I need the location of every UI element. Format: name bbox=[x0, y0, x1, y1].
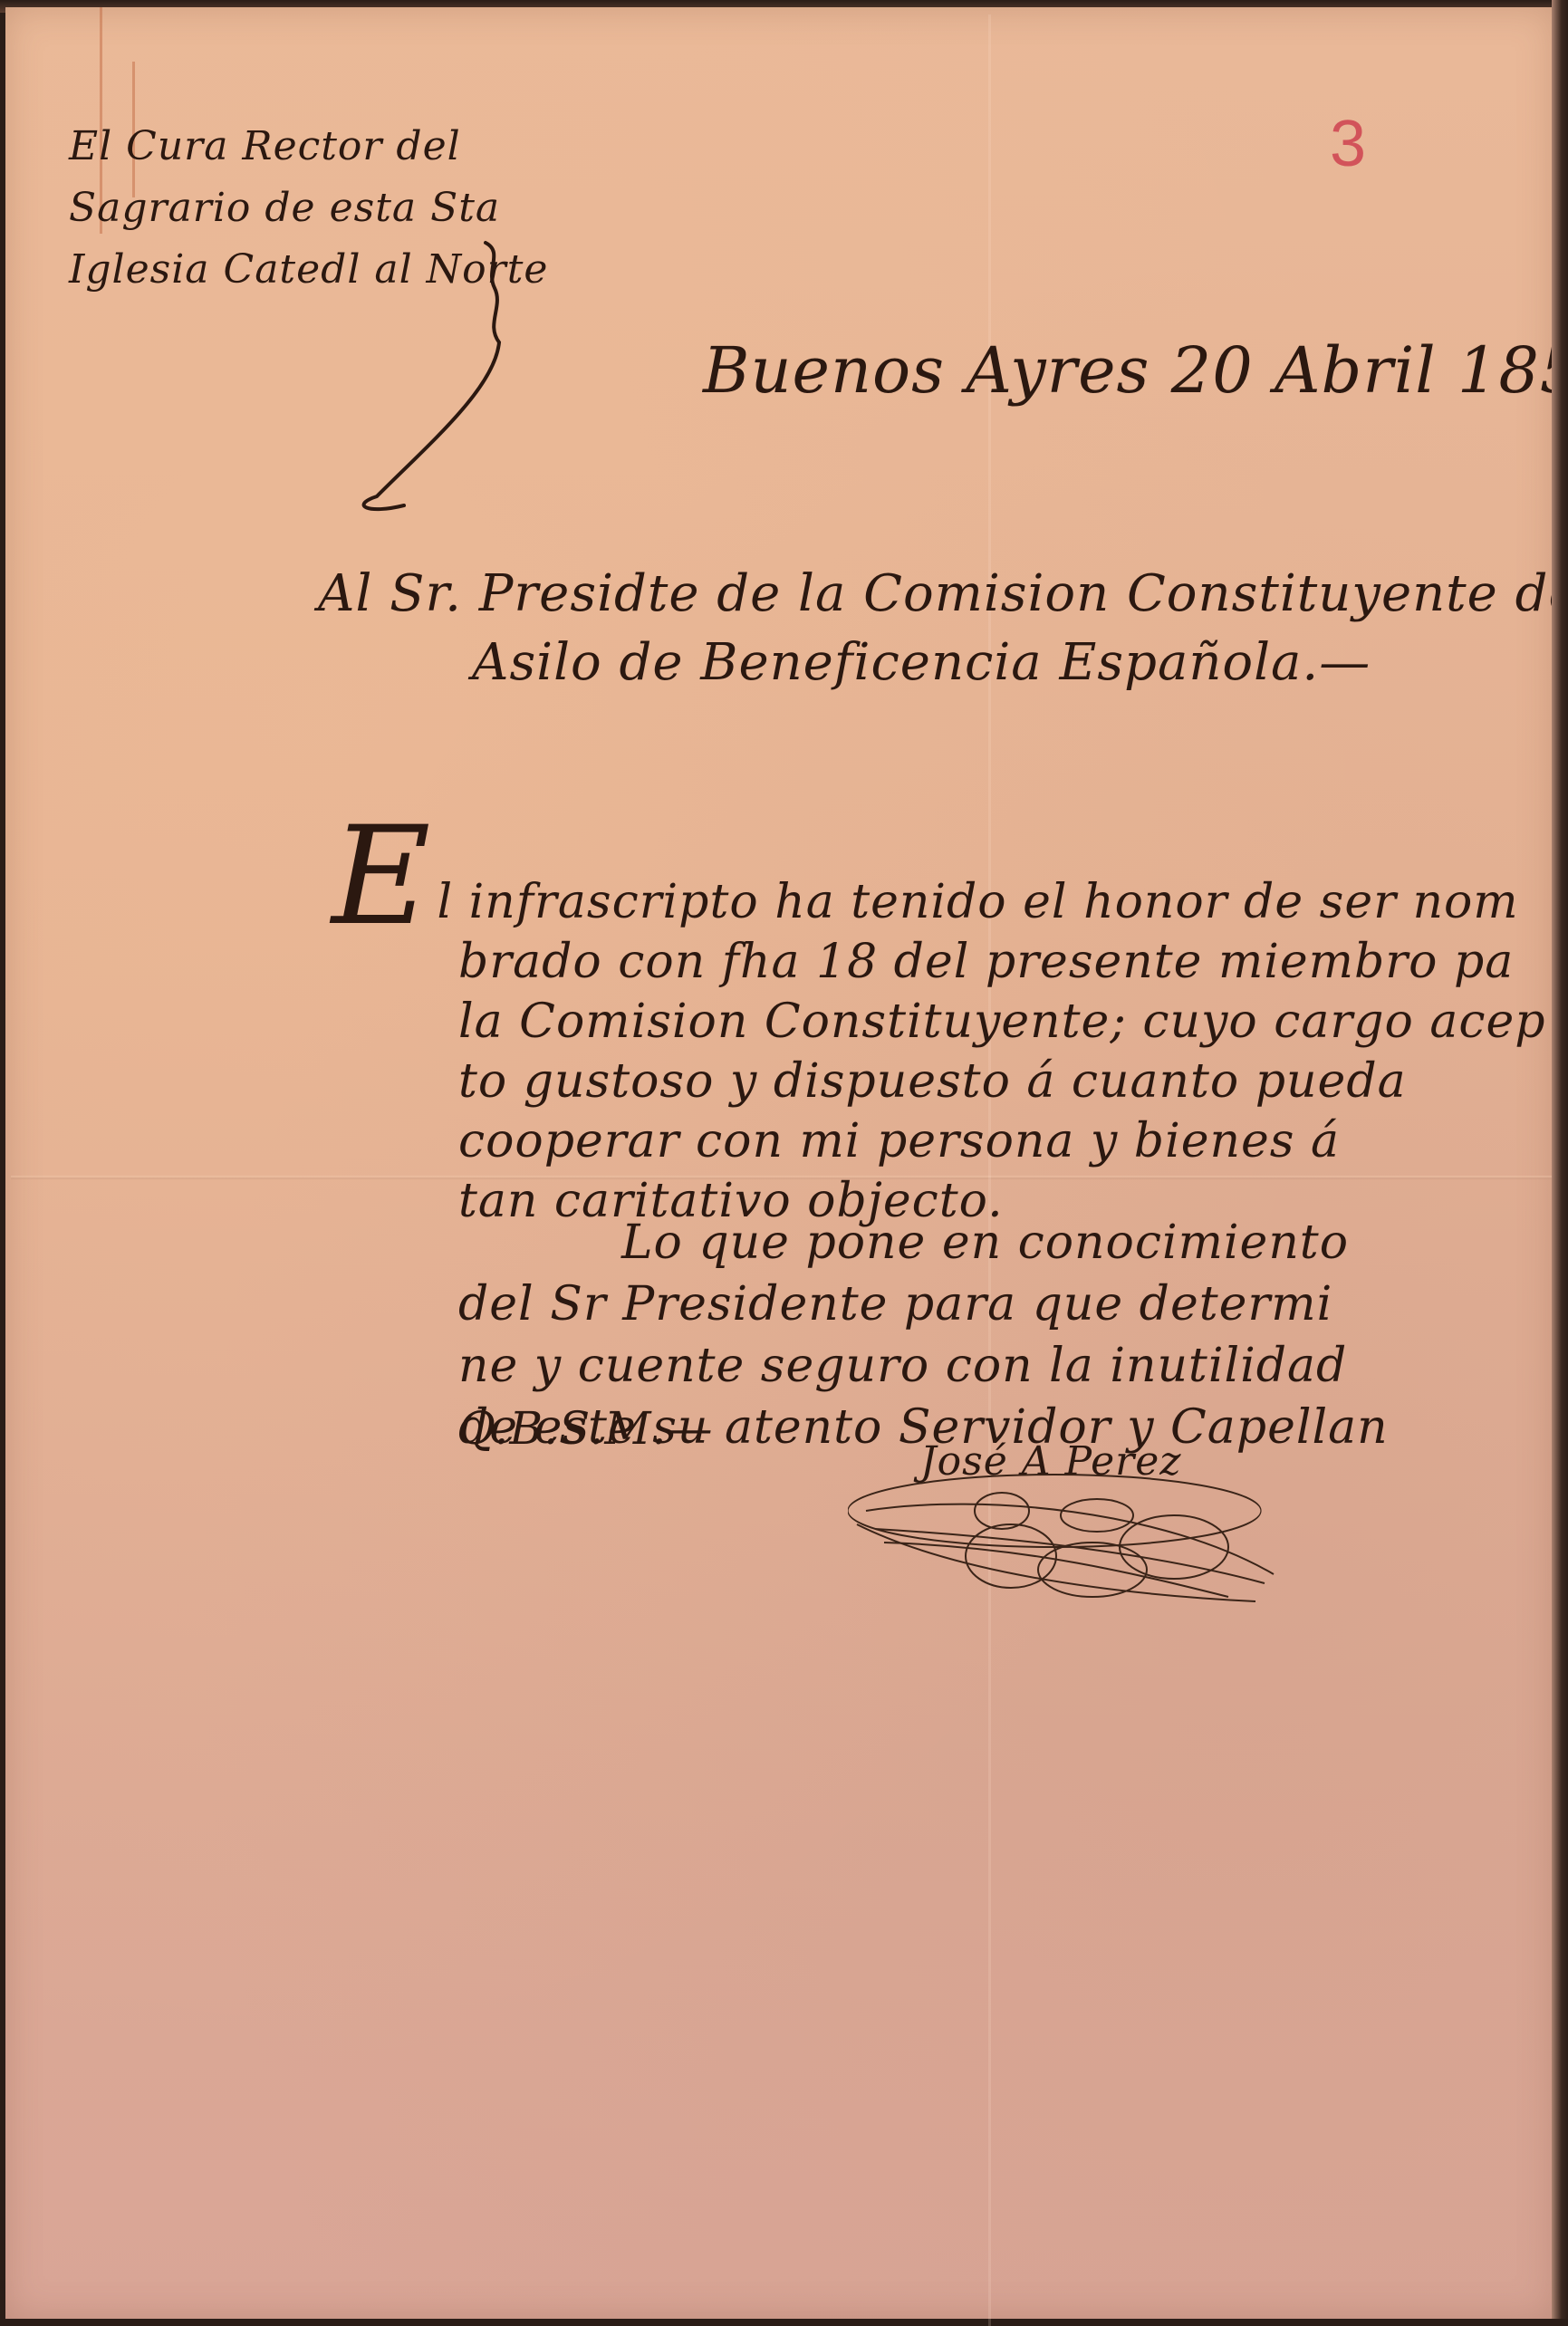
scan-right-edge bbox=[1552, 0, 1568, 2319]
addressee-line: Asilo de Beneficencia Española.— bbox=[318, 629, 1568, 697]
letter-body: El infrascripto ha tenido el honor de se… bbox=[332, 850, 1546, 1231]
decorative-initial: E bbox=[332, 798, 432, 956]
closing-formula: Q.B.S.M.— bbox=[458, 1402, 714, 1455]
body-line: ne y cuente seguro con la inutilidad bbox=[458, 1335, 1389, 1397]
addressee-line: Al Sr. Presidte de la Comision Constituy… bbox=[318, 560, 1568, 629]
margin-note-line: Sagrario de esta Sta bbox=[69, 178, 548, 239]
margin-bracket-flourish bbox=[350, 234, 513, 524]
body-line: to gustoso y dispuesto á cuanto pueda bbox=[332, 1052, 1546, 1111]
body-line: del Sr Presidente para que determi bbox=[458, 1274, 1389, 1335]
letter-page: 3 El Cura Rector del Sagrario de esta St… bbox=[5, 7, 1554, 2319]
body-line: El infrascripto ha tenido el honor de se… bbox=[332, 850, 1546, 932]
body-line: cooperar con mi persona y bienes á bbox=[332, 1111, 1546, 1171]
date-line: Buenos Ayres 20 Abril 1854 bbox=[703, 333, 1568, 408]
signature-rubric-flourish bbox=[848, 1456, 1301, 1620]
body-line: brado con fha 18 del presente miembro pa bbox=[332, 932, 1546, 992]
margin-note-line: El Cura Rector del bbox=[69, 116, 548, 178]
folio-number: 3 bbox=[1330, 107, 1366, 181]
addressee-block: Al Sr. Presidte de la Comision Constituy… bbox=[318, 560, 1568, 697]
body-line: la Comision Constituyente; cuyo cargo ac… bbox=[332, 992, 1546, 1052]
body-line: Lo que pone en conocimiento bbox=[458, 1212, 1389, 1274]
